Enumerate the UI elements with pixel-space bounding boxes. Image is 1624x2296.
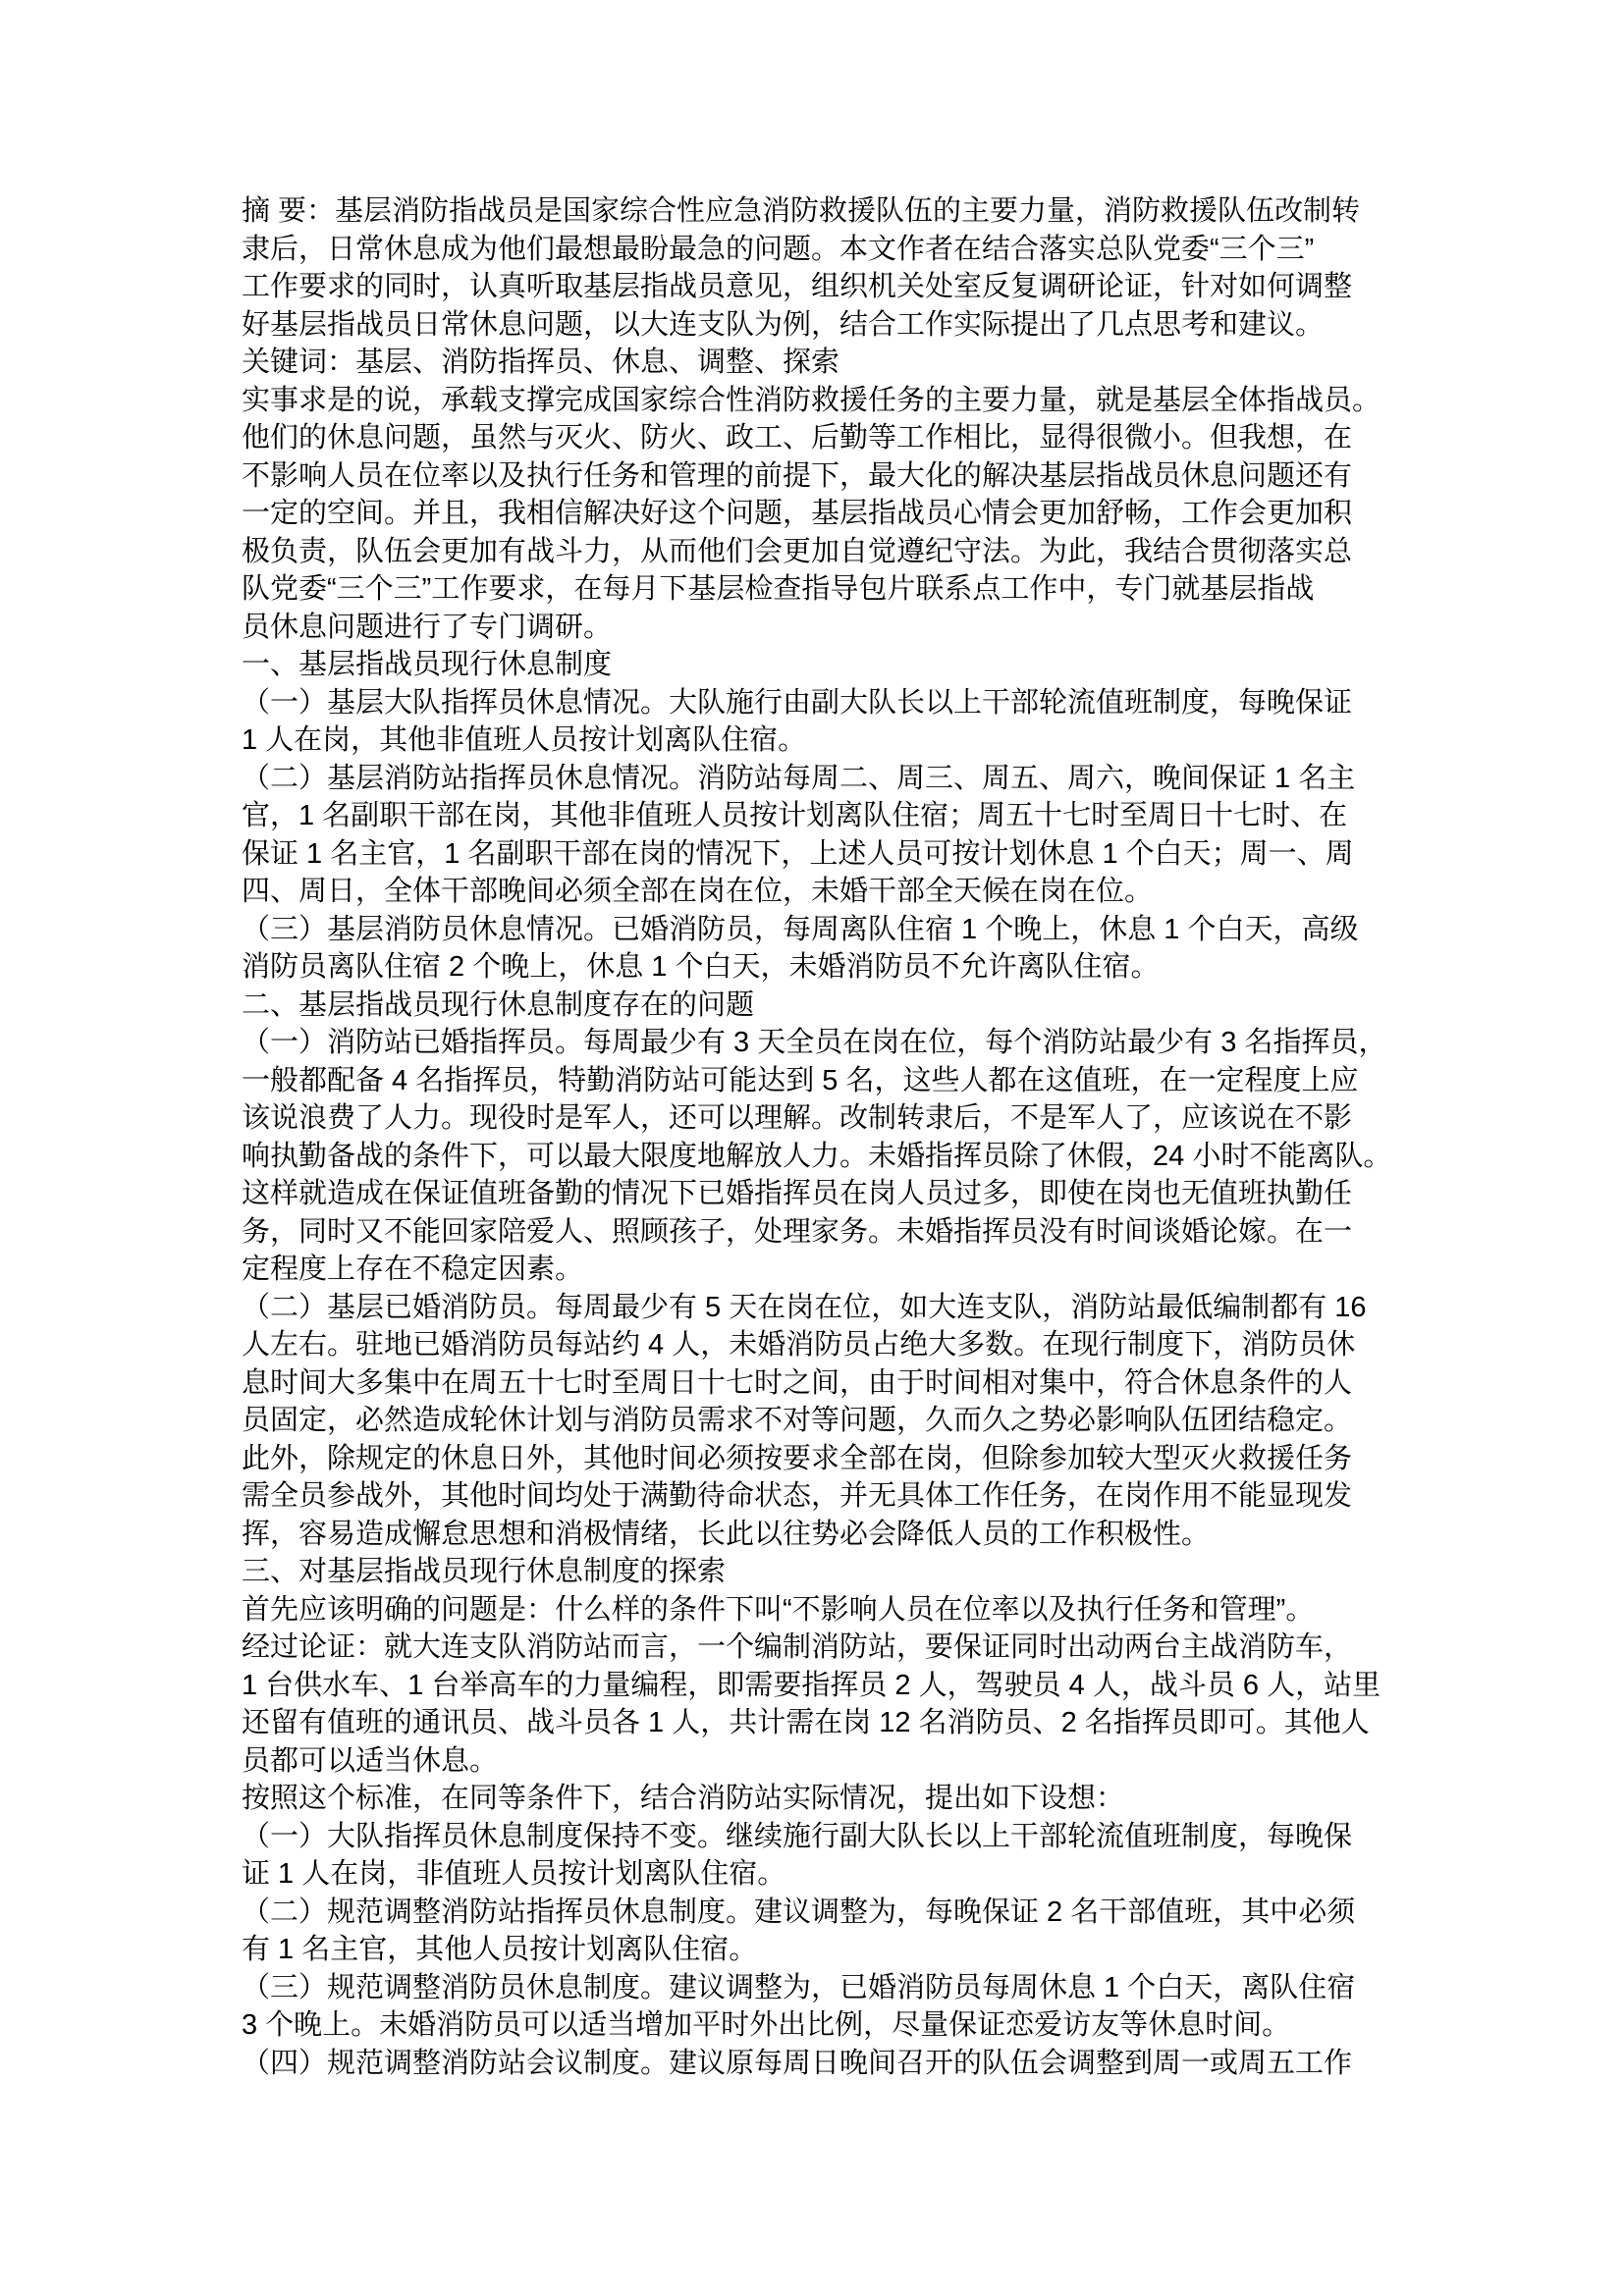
- text-line: （三）规范调整消防员休息制度。建议调整为，已婚消防员每周休息 1 个白天，离队住…: [242, 1969, 1384, 2007]
- text-line: 息时间大多集中在周五十七时至周日十七时之间，由于时间相对集中，符合休息条件的人: [242, 1364, 1384, 1403]
- text-line: 保证 1 名主官，1 名副职干部在岗的情况下，上述人员可按计划休息 1 个白天；…: [242, 835, 1384, 874]
- text-line: 极负责，队伍会更加有战斗力，从而他们会更加自觉遵纪守法。为此，我结合贯彻落实总: [242, 533, 1384, 571]
- text-line: （一）消防站已婚指挥员。每周最少有 3 天全员在岗在位，每个消防站最少有 3 名…: [242, 1024, 1384, 1062]
- text-line: 四、周日，全体干部晚间必须全部在岗在位，未婚干部全天候在岗在位。: [242, 873, 1384, 911]
- text-line: 经过论证：就大连支队消防站而言，一个编制消防站，要保证同时出动两台主战消防车，: [242, 1629, 1384, 1667]
- text-line: 务，同时又不能回家陪爱人、照顾孩子，处理家务。未婚指挥员没有时间谈婚论嫁。在一: [242, 1213, 1384, 1252]
- text-line: 需全员参战外，其他时间均处于满勤待命状态，并无具体工作任务，在岗作用不能显现发: [242, 1477, 1384, 1516]
- text-line: 按照这个标准，在同等条件下，结合消防站实际情况，提出如下设想：: [242, 1780, 1384, 1818]
- text-line: （一）基层大队指挥员休息情况。大队施行由副大队长以上干部轮流值班制度，每晚保证: [242, 684, 1384, 722]
- text-line: 1 人在岗，其他非值班人员按计划离队住宿。: [242, 721, 1384, 760]
- text-line: （二）基层消防站指挥员休息情况。消防站每周二、周三、周五、周六，晚间保证 1 名…: [242, 760, 1384, 798]
- text-line: 有 1 名主官，其他人员按计划离队住宿。: [242, 1931, 1384, 1969]
- text-line: 不影响人员在位率以及执行任务和管理的前提下，最大化的解决基层指战员休息问题还有: [242, 457, 1384, 496]
- text-line: 员固定，必然造成轮休计划与消防员需求不对等问题，久而久之势必影响队伍团结稳定。: [242, 1402, 1384, 1440]
- text-line: 响执勤备战的条件下，可以最大限度地解放人力。未婚指挥员除了休假，24 小时不能离…: [242, 1138, 1384, 1176]
- text-line: （二）基层已婚消防员。每周最少有 5 天在岗在位，如大连支队，消防站最低编制都有…: [242, 1289, 1384, 1327]
- text-line: 3 个晚上。未婚消防员可以适当增加平时外出比例，尽量保证恋爱访友等休息时间。: [242, 2006, 1384, 2045]
- text-line: 首先应该明确的问题是：什么样的条件下叫“不影响人员在位率以及执行任务和管理”。: [242, 1591, 1384, 1629]
- document-page: 摘 要：基层消防指战员是国家综合性应急消防救援队伍的主要力量，消防救援队伍改制转…: [0, 0, 1624, 2296]
- text-line: （四）规范调整消防站会议制度。建议原每周日晚间召开的队伍会调整到周一或周五工作: [242, 2045, 1384, 2083]
- text-line: 三、对基层指战员现行休息制度的探索: [242, 1553, 1384, 1591]
- text-line: 他们的休息问题，虽然与灭火、防火、政工、后勤等工作相比，显得很微小。但我想，在: [242, 419, 1384, 457]
- text-line: （一）大队指挥员休息制度保持不变。继续施行副大队长以上干部轮流值班制度，每晚保: [242, 1818, 1384, 1856]
- text-line: 实事求是的说，承载支撑完成国家综合性消防救援任务的主要力量，就是基层全体指战员。: [242, 382, 1384, 420]
- text-line: 挥，容易造成懈怠思想和消极情绪，长此以往势必会降低人员的工作积极性。: [242, 1516, 1384, 1554]
- text-line: 隶后，日常休息成为他们最想最盼最急的问题。本文作者在结合落实总队党委“三个三”: [242, 231, 1384, 269]
- text-line: 好基层指战员日常休息问题，以大连支队为例，结合工作实际提出了几点思考和建议。: [242, 306, 1384, 345]
- text-line: 证 1 人在岗，非值班人员按计划离队住宿。: [242, 1855, 1384, 1894]
- text-line: 二、基层指战员现行休息制度存在的问题: [242, 987, 1384, 1025]
- text-line: 一般都配备 4 名指挥员，特勤消防站可能达到 5 名，这些人都在这值班，在一定程…: [242, 1062, 1384, 1100]
- text-line: 员休息问题进行了专门调研。: [242, 609, 1384, 647]
- document-body: 摘 要：基层消防指战员是国家综合性应急消防救援队伍的主要力量，消防救援队伍改制转…: [242, 192, 1384, 2082]
- text-line: 工作要求的同时，认真听取基层指战员意见，组织机关处室反复调研论证，针对如何调整: [242, 268, 1384, 306]
- text-line: 一定的空间。并且，我相信解决好这个问题，基层指战员心情会更加舒畅，工作会更加积: [242, 495, 1384, 533]
- text-line: 该说浪费了人力。现役时是军人，还可以理解。改制转隶后，不是军人了，应该说在不影: [242, 1099, 1384, 1138]
- text-line: 一、基层指战员现行休息制度: [242, 646, 1384, 684]
- text-line: 摘 要：基层消防指战员是国家综合性应急消防救援队伍的主要力量，消防救援队伍改制转: [242, 192, 1384, 231]
- text-line: 官，1 名副职干部在岗，其他非值班人员按计划离队住宿；周五十七时至周日十七时、在: [242, 797, 1384, 835]
- text-line: 定程度上存在不稳定因素。: [242, 1251, 1384, 1289]
- text-line: 这样就造成在保证值班备勤的情况下已婚指挥员在岗人员过多，即使在岗也无值班执勤任: [242, 1175, 1384, 1213]
- text-line: 消防员离队住宿 2 个晚上，休息 1 个白天，未婚消防员不允许离队住宿。: [242, 948, 1384, 987]
- text-line: 员都可以适当休息。: [242, 1742, 1384, 1781]
- text-line: 1 台供水车、1 台举高车的力量编程，即需要指挥员 2 人，驾驶员 4 人，战斗…: [242, 1667, 1384, 1705]
- text-line: 关键词：基层、消防指挥员、休息、调整、探索: [242, 344, 1384, 382]
- text-line: 人左右。驻地已婚消防员每站约 4 人，未婚消防员占绝大多数。在现行制度下，消防员…: [242, 1326, 1384, 1364]
- text-line: 还留有值班的通讯员、战斗员各 1 人，共计需在岗 12 名消防员、2 名指挥员即…: [242, 1704, 1384, 1742]
- text-line: 此外，除规定的休息日外，其他时间必须按要求全部在岗，但除参加较大型灭火救援任务: [242, 1440, 1384, 1478]
- text-line: （三）基层消防员休息情况。已婚消防员，每周离队住宿 1 个晚上，休息 1 个白天…: [242, 911, 1384, 949]
- text-line: 队党委“三个三”工作要求，在每月下基层检查指导包片联系点工作中，专门就基层指战: [242, 570, 1384, 609]
- text-line: （二）规范调整消防站指挥员休息制度。建议调整为，每晚保证 2 名干部值班，其中必…: [242, 1894, 1384, 1932]
